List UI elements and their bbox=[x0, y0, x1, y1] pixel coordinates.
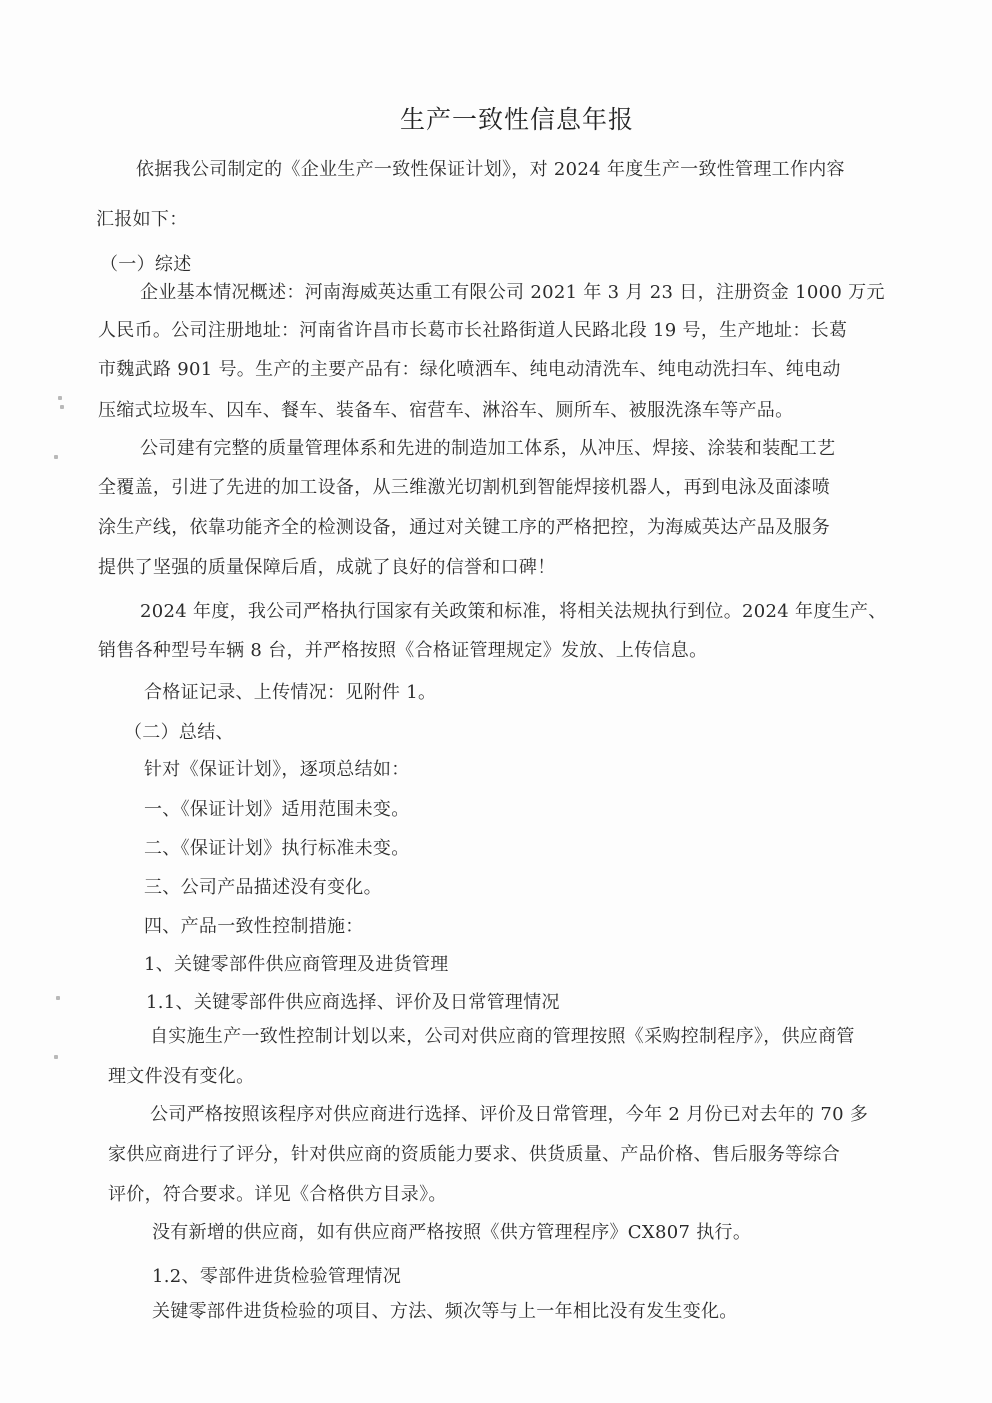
document-page: 生产一致性信息年报 依据我公司制定的《企业生产一致性保证计划》，对 2024 年… bbox=[0, 0, 992, 1403]
text-line: 全覆盖，引进了先进的加工设备，从三维激光切割机到智能焊接机器人，再到电泳及面漆喷 bbox=[98, 473, 830, 499]
scan-mark bbox=[58, 396, 62, 400]
text-line: 家供应商进行了评分，针对供应商的资质能力要求、供货质量、产品价格、售后服务等综合 bbox=[108, 1140, 840, 1166]
text-line: 销售各种型号车辆 8 台，并严格按照《合格证管理规定》发放、上传信息。 bbox=[98, 636, 707, 662]
document-title: 生产一致性信息年报 bbox=[0, 100, 992, 136]
scan-mark bbox=[60, 405, 64, 409]
text-line: 涂生产线，依靠功能齐全的检测设备，通过对关键工序的严格把控，为海威英达产品及服务 bbox=[98, 513, 830, 539]
text-line: 压缩式垃圾车、囚车、餐车、装备车、宿营车、淋浴车、厕所车、被服洗涤车等产品。 bbox=[98, 396, 793, 422]
text-line: （一）综述 bbox=[100, 250, 192, 276]
text-line: 企业基本情况概述：河南海威英达重工有限公司 2021 年 3 月 23 日，注册… bbox=[140, 278, 885, 304]
text-line: 没有新增的供应商，如有供应商严格按照《供方管理程序》CX807 执行。 bbox=[152, 1218, 751, 1244]
text-line: 一、《保证计划》适用范围未变。 bbox=[144, 795, 410, 821]
text-line: 自实施生产一致性控制计划以来，公司对供应商的管理按照《采购控制程序》，供应商管 bbox=[150, 1022, 855, 1048]
scan-mark bbox=[54, 455, 58, 459]
text-line: 1.2、零部件进货检验管理情况 bbox=[152, 1262, 401, 1288]
text-line: 合格证记录、上传情况：见附件 1。 bbox=[144, 678, 436, 704]
text-line: 提供了坚强的质量保障后盾，成就了良好的信誉和口碑！ bbox=[98, 553, 556, 579]
text-line: 理文件没有变化。 bbox=[108, 1062, 254, 1088]
text-line: 市魏武路 901 号。生产的主要产品有：绿化喷洒车、纯电动清洗车、纯电动洗扫车、… bbox=[98, 355, 841, 381]
text-line: 三、公司产品描述没有变化。 bbox=[144, 873, 382, 899]
text-line: 二、《保证计划》执行标准未变。 bbox=[144, 834, 410, 860]
text-line: 关键零部件进货检验的项目、方法、频次等与上一年相比没有发生变化。 bbox=[152, 1297, 738, 1323]
scan-mark bbox=[56, 996, 60, 1000]
scan-mark bbox=[54, 1055, 58, 1059]
text-line: 1.1、关键零部件供应商选择、评价及日常管理情况 bbox=[146, 988, 560, 1014]
text-line: 公司建有完整的质量管理体系和先进的制造加工体系，从冲压、焊接、涂装和装配工艺 bbox=[140, 434, 835, 460]
text-line: 针对《保证计划》，逐项总结如： bbox=[144, 755, 410, 781]
text-line: 汇报如下： bbox=[96, 205, 188, 231]
text-line: （二）总结、 bbox=[124, 718, 234, 744]
text-line: 人民币。公司注册地址：河南省许昌市长葛市长社路街道人民路北段 19 号，生产地址… bbox=[98, 316, 847, 342]
text-line: 评价，符合要求。详见《合格供方目录》。 bbox=[108, 1180, 447, 1206]
text-line: 依据我公司制定的《企业生产一致性保证计划》，对 2024 年度生产一致性管理工作… bbox=[136, 155, 845, 181]
text-line: 2024 年度，我公司严格执行国家有关政策和标准，将相关法规执行到位。2024 … bbox=[140, 597, 887, 623]
text-line: 公司严格按照该程序对供应商进行选择、评价及日常管理，今年 2 月份已对去年的 7… bbox=[150, 1100, 868, 1126]
text-line: 四、产品一致性控制措施： bbox=[144, 912, 364, 938]
text-line: 1、关键零部件供应商管理及进货管理 bbox=[144, 950, 449, 976]
